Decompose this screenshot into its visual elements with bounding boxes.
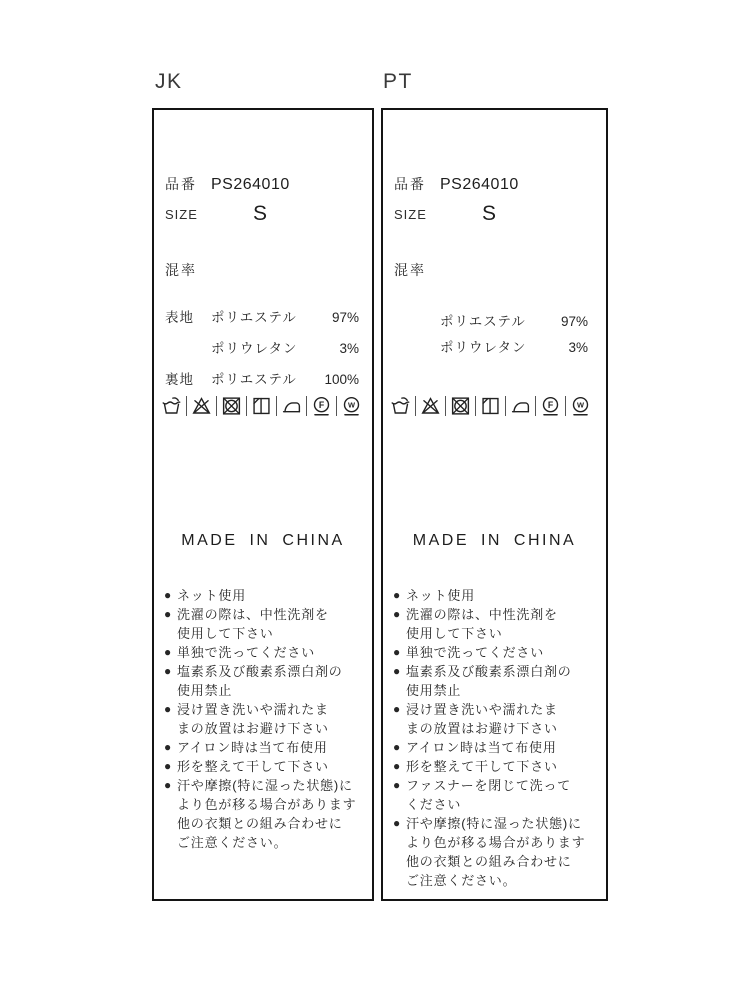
icon-divider — [415, 396, 416, 416]
line-dry-shade-icon — [480, 394, 501, 418]
care-instruction-item: ● アイロン時は当て布使用 — [393, 738, 600, 757]
care-instruction-text: 形を整えて干して下さい — [406, 757, 600, 776]
care-instruction-item: ● ネット使用 — [164, 586, 366, 605]
icon-divider — [216, 396, 217, 416]
mix-ratio-heading: 混率 — [154, 260, 372, 280]
care-instruction-text: 形を整えて干して下さい — [177, 757, 366, 776]
icon-divider — [336, 396, 337, 416]
wet-clean-w-icon: W — [570, 394, 591, 418]
care-instructions-list: ● ネット使用 ● 洗濯の際は、中性洗剤を使用して下さい ● 単独で洗ってくださ… — [154, 586, 372, 852]
icon-divider — [246, 396, 247, 416]
bullet-marker: ● — [393, 738, 401, 757]
item-number-row: 品番 PS264010 — [154, 174, 372, 194]
bullet-marker: ● — [164, 738, 172, 757]
care-instruction-text: 塩素系及び酸素系漂白剤の使用禁止 — [406, 662, 600, 700]
fiber-percent: 97% — [544, 314, 588, 329]
care-instruction-text: 浸け置き洗いや濡れたままの放置はお避け下さい — [406, 700, 600, 738]
dry-clean-f-icon: F — [540, 394, 561, 418]
care-instruction-item: ● 洗濯の際は、中性洗剤を使用して下さい — [164, 605, 366, 643]
do-not-tumble-dry-icon — [221, 394, 242, 418]
icon-divider — [445, 396, 446, 416]
care-instruction-item: ● 汗や摩擦(特に湿った状態)により色が移る場合があります他の衣類との組み合わせ… — [393, 814, 600, 890]
item-number-label: 品番 — [165, 174, 211, 194]
care-instruction-item: ● アイロン時は当て布使用 — [164, 738, 366, 757]
care-instruction-text: 塩素系及び酸素系漂白剤の使用禁止 — [177, 662, 366, 700]
size-label: SIZE — [394, 207, 440, 222]
fabric-part: 裏地 — [165, 368, 211, 388]
care-instructions-list: ● ネット使用 ● 洗濯の際は、中性洗剤を使用して下さい ● 単独で洗ってくださ… — [383, 586, 606, 890]
item-number-value: PS264010 — [211, 176, 290, 194]
iron-icon — [281, 394, 302, 418]
care-instruction-text: アイロン時は当て布使用 — [177, 738, 366, 757]
mix-ratio-heading: 混率 — [383, 260, 606, 280]
care-instruction-text: ネット使用 — [177, 586, 366, 605]
care-instruction-item: ● 塩素系及び酸素系漂白剤の使用禁止 — [393, 662, 600, 700]
care-label-sheet: JK PT 品番 PS264010 SIZE S 混率 表地 ポリエステル 97… — [0, 0, 750, 1000]
icon-divider — [565, 396, 566, 416]
bullet-marker: ● — [164, 776, 172, 795]
composition-row: ポリウレタン 3% — [165, 337, 372, 368]
item-number-label: 品番 — [394, 174, 440, 194]
care-instruction-item: ● 塩素系及び酸素系漂白剤の使用禁止 — [164, 662, 366, 700]
composition-row: ポリエステル 97% — [394, 310, 606, 336]
size-value: S — [482, 202, 496, 226]
svg-text:F: F — [548, 400, 554, 410]
care-instruction-item: ● ファスナーを閉じて洗ってください — [393, 776, 600, 814]
size-row: SIZE S — [383, 202, 606, 226]
size-label: SIZE — [165, 207, 211, 222]
care-instruction-item: ● 洗濯の際は、中性洗剤を使用して下さい — [393, 605, 600, 643]
bullet-marker: ● — [393, 814, 401, 833]
care-symbols-row: F W — [154, 394, 372, 418]
bullet-marker: ● — [164, 605, 172, 624]
care-instruction-item: ● 形を整えて干して下さい — [393, 757, 600, 776]
icon-divider — [505, 396, 506, 416]
care-instruction-item: ● 単独で洗ってください — [164, 643, 366, 662]
size-value: S — [253, 202, 267, 226]
fiber-percent: 3% — [544, 340, 588, 355]
do-not-bleach-icon — [420, 394, 441, 418]
icon-divider — [306, 396, 307, 416]
svg-text:F: F — [319, 400, 325, 410]
fiber-name: ポリエステル — [440, 310, 544, 330]
bullet-marker: ● — [393, 700, 401, 719]
icon-divider — [276, 396, 277, 416]
care-label-pt: 品番 PS264010 SIZE S 混率 ポリエステル 97% ポリウレタン … — [381, 108, 608, 901]
svg-text:W: W — [348, 401, 355, 410]
care-instruction-item: ● 形を整えて干して下さい — [164, 757, 366, 776]
bullet-marker: ● — [393, 605, 401, 624]
iron-icon — [510, 394, 531, 418]
care-instruction-text: 単独で洗ってください — [406, 643, 600, 662]
care-instruction-item: ● 浸け置き洗いや濡れたままの放置はお避け下さい — [164, 700, 366, 738]
country-of-origin: MADE IN CHINA — [383, 532, 606, 550]
fiber-percent: 97% — [315, 310, 359, 325]
composition-table: 表地 ポリエステル 97% ポリウレタン 3% 裏地 ポリエステル 100% — [154, 306, 372, 399]
care-instruction-item: ● 単独で洗ってください — [393, 643, 600, 662]
care-label-jk: 品番 PS264010 SIZE S 混率 表地 ポリエステル 97% ポリウレ… — [152, 108, 374, 901]
care-instruction-text: ネット使用 — [406, 586, 600, 605]
care-instruction-text: 浸け置き洗いや濡れたままの放置はお避け下さい — [177, 700, 366, 738]
composition-row: ポリウレタン 3% — [394, 336, 606, 362]
hand-wash-icon — [161, 394, 182, 418]
icon-divider — [475, 396, 476, 416]
garment-code-pt: PT — [383, 70, 413, 94]
bullet-marker: ● — [393, 643, 401, 662]
dry-clean-f-icon: F — [311, 394, 332, 418]
care-instruction-text: ファスナーを閉じて洗ってください — [406, 776, 600, 814]
fiber-name: ポリエステル — [211, 368, 315, 388]
care-instruction-text: 洗濯の際は、中性洗剤を使用して下さい — [177, 605, 366, 643]
bullet-marker: ● — [164, 586, 172, 605]
care-instruction-text: 単独で洗ってください — [177, 643, 366, 662]
do-not-bleach-icon — [191, 394, 212, 418]
bullet-marker: ● — [393, 776, 401, 795]
icon-divider — [186, 396, 187, 416]
country-of-origin: MADE IN CHINA — [154, 532, 372, 550]
bullet-marker: ● — [393, 586, 401, 605]
bullet-marker: ● — [164, 757, 172, 776]
svg-text:W: W — [577, 401, 584, 410]
care-instruction-text: 汗や摩擦(特に湿った状態)により色が移る場合があります他の衣類との組み合わせにご… — [406, 814, 600, 890]
do-not-tumble-dry-icon — [450, 394, 471, 418]
care-instruction-text: アイロン時は当て布使用 — [406, 738, 600, 757]
bullet-marker: ● — [164, 643, 172, 662]
garment-code-jk: JK — [155, 70, 183, 94]
wet-clean-w-icon: W — [341, 394, 362, 418]
icon-divider — [535, 396, 536, 416]
care-instruction-item: ● 浸け置き洗いや濡れたままの放置はお避け下さい — [393, 700, 600, 738]
item-number-value: PS264010 — [440, 176, 519, 194]
fiber-percent: 3% — [315, 341, 359, 356]
fiber-name: ポリウレタン — [440, 336, 544, 356]
size-row: SIZE S — [154, 202, 372, 226]
composition-row: 表地 ポリエステル 97% — [165, 306, 372, 337]
care-instruction-text: 汗や摩擦(特に湿った状態)により色が移る場合があります他の衣類との組み合わせにご… — [177, 776, 366, 852]
fiber-percent: 100% — [315, 372, 359, 387]
line-dry-shade-icon — [251, 394, 272, 418]
care-instruction-item: ● ネット使用 — [393, 586, 600, 605]
care-symbols-row: F W — [383, 394, 606, 418]
bullet-marker: ● — [393, 757, 401, 776]
fabric-part: 表地 — [165, 306, 211, 326]
fiber-name: ポリエステル — [211, 306, 315, 326]
care-instruction-text: 洗濯の際は、中性洗剤を使用して下さい — [406, 605, 600, 643]
hand-wash-icon — [390, 394, 411, 418]
bullet-marker: ● — [164, 700, 172, 719]
bullet-marker: ● — [393, 662, 401, 681]
care-instruction-item: ● 汗や摩擦(特に湿った状態)により色が移る場合があります他の衣類との組み合わせ… — [164, 776, 366, 852]
item-number-row: 品番 PS264010 — [383, 174, 606, 194]
fiber-name: ポリウレタン — [211, 337, 315, 357]
bullet-marker: ● — [164, 662, 172, 681]
composition-table: ポリエステル 97% ポリウレタン 3% — [383, 310, 606, 362]
